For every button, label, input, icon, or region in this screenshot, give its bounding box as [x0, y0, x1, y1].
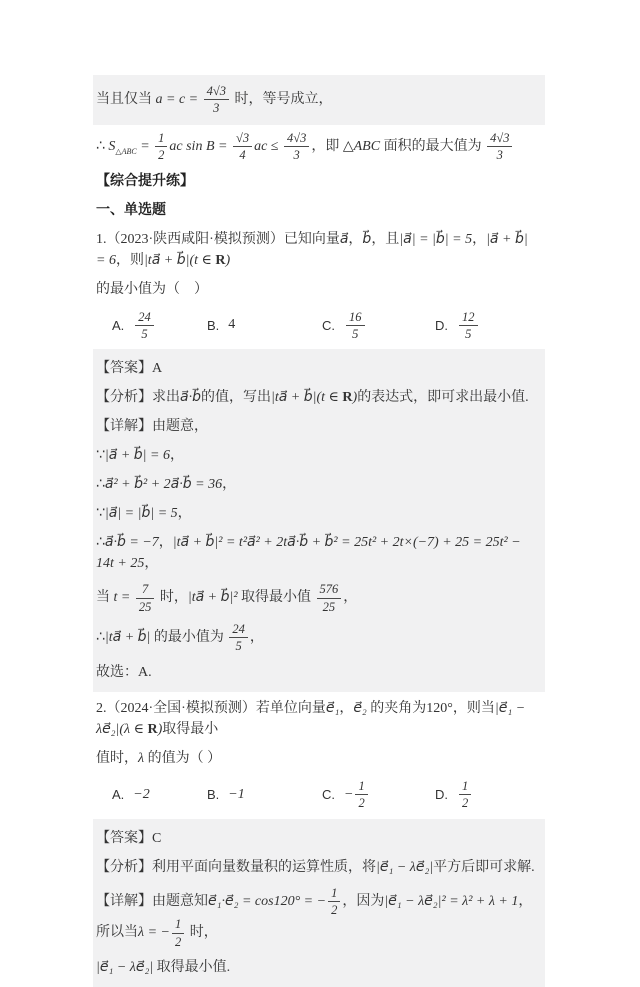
doc-line: ∴|ta⃗ + b⃗| 的最小值为 245，	[96, 618, 539, 658]
doc-line: 【分析】利用平面向量数量积的运算性质，将|e⃗₁ − λe⃗₂|平方后即可求解.	[96, 853, 539, 882]
math-run: −1	[228, 787, 244, 803]
doc-line: 【综合提升练】	[96, 167, 539, 196]
fraction: 12	[328, 886, 340, 906]
text-run: 1.（2023·陕西咸阳·模拟预测）已知向量	[96, 232, 340, 247]
fraction: 125	[459, 310, 478, 342]
math-run: ∵|a⃗| = |b⃗| = 5	[96, 506, 178, 521]
option-D: D.12	[435, 779, 539, 811]
text-run: 的值为（ ）	[144, 751, 221, 766]
math-run: ac sin B =	[169, 139, 231, 154]
math-run: a = c =	[156, 92, 202, 107]
fraction: 165	[346, 310, 365, 342]
math-run: e⃗₂	[353, 701, 366, 716]
text-run: 当	[96, 590, 114, 605]
text-run: 的表达式，即可求出最小值.	[357, 390, 529, 405]
fraction: 57625	[317, 582, 342, 614]
fraction-denominator: 2	[459, 795, 471, 810]
bold-math-run: R	[342, 390, 352, 405]
fraction-numerator: 24	[135, 310, 154, 326]
fraction-numerator: 24	[229, 622, 248, 638]
doc-line: ∴ S△ABC = 12ac sin B = √34ac ≤ 4√33，即 △A…	[96, 127, 539, 167]
fraction: 725	[136, 582, 155, 614]
math-run: ∴a⃗² + b⃗² + 2a⃗·b⃗ = 36	[96, 477, 222, 492]
option-label: B.	[207, 318, 219, 333]
doc-line: 当且仅当 a = c = 4√33 时，等号成立，	[96, 80, 539, 120]
fraction-numerator: 576	[317, 582, 342, 598]
math-run: =	[137, 139, 153, 154]
doc-line: 【答案】A	[96, 354, 539, 383]
math-run: △ABC	[343, 139, 380, 154]
math-run: |e⃗₁ − λe⃗₂|² = λ² + λ + 1	[384, 894, 518, 905]
fraction-numerator: 12	[459, 310, 478, 326]
fraction-denominator: 2	[355, 795, 367, 810]
doc-line: ∴a⃗² + b⃗² + 2a⃗·b⃗ = 36，	[96, 470, 539, 499]
text-run: 的最小值为	[150, 630, 227, 645]
option-label: A.	[112, 318, 124, 333]
text-run: ，	[144, 556, 158, 571]
text-run: ，	[178, 506, 192, 521]
fraction-denominator: 3	[487, 147, 512, 162]
heading-run: 一、单选题	[96, 203, 166, 218]
proof-conclusion-highlight: 当且仅当 a = c = 4√33 时，等号成立，	[93, 75, 545, 125]
text-run: 4	[228, 317, 235, 333]
options-row: A.245B.4C.165D.125	[96, 304, 539, 348]
text-run: 当且仅当	[96, 92, 156, 107]
option-label: C.	[322, 318, 335, 333]
fraction: 245	[135, 310, 154, 342]
question-2: 2.（2024·全国·模拟预测）若单位向量e⃗₁，e⃗₂ 的夹角为120°，则当…	[93, 692, 545, 819]
text-run: 【答案】C	[96, 831, 161, 846]
text-run: 取得最小值	[238, 590, 315, 605]
doc-line: ∵|a⃗ + b⃗| = 6，	[96, 441, 539, 470]
doc-line: 一、单选题	[96, 196, 539, 225]
option-A: A.−2	[112, 787, 207, 803]
option-label: B.	[207, 787, 219, 802]
text-run: ，	[170, 448, 184, 463]
text-run: 时，	[156, 590, 188, 605]
math-run: ∴ S	[96, 139, 115, 154]
doc-line: ∵|a⃗| = |b⃗| = 5，	[96, 499, 539, 528]
text-run: ，	[348, 232, 362, 247]
fraction-numerator: 4√3	[284, 131, 309, 147]
fraction-numerator: 7	[136, 582, 155, 598]
fraction-denominator: 4	[233, 147, 252, 162]
math-run: |ta⃗ + b⃗|²	[188, 590, 238, 605]
doc-line: 当 t = 725 时，|ta⃗ + b⃗|² 取得最小值 57625，	[96, 578, 539, 618]
option-B: B.−1	[207, 787, 322, 803]
fraction: 12	[355, 779, 367, 811]
math-run: a⃗·b⃗	[180, 390, 201, 405]
doc-line: 故选：A.	[96, 658, 539, 687]
math-run: |ta⃗ + b⃗|(t ∈	[271, 390, 342, 405]
math-run: ∴a⃗·b⃗ = −7	[96, 535, 159, 550]
doc-line: 2.（2024·全国·模拟预测）若单位向量e⃗₁，e⃗₂ 的夹角为120°，则当…	[96, 694, 539, 744]
option-label: D.	[435, 787, 448, 802]
text-run: 【分析】利用平面向量数量积的运算性质，将	[96, 860, 376, 875]
document-content: 当且仅当 a = c = 4√33 时，等号成立，∴ S△ABC = 12ac …	[93, 75, 545, 905]
doc-line: 的最小值为（ ）	[96, 275, 539, 304]
text-run: ，因为	[342, 894, 384, 905]
fraction: 12	[155, 131, 167, 163]
doc-line: 【分析】求出a⃗·b⃗的值，写出|ta⃗ + b⃗|(t ∈ R)的表达式，即可…	[96, 383, 539, 412]
math-run: e⃗₁·e⃗₂ = cos120° = −	[208, 894, 326, 905]
fraction-denominator: 25	[317, 599, 342, 614]
fraction-denominator: 5	[459, 326, 478, 341]
text-run: ，	[250, 630, 264, 645]
option-D: D.125	[435, 310, 539, 342]
text-run: 【详解】由题意知	[96, 894, 208, 905]
text-run: 【分析】求出	[96, 390, 180, 405]
fraction: 4√33	[487, 131, 512, 163]
math-run: ac ≤	[254, 139, 282, 154]
fraction-denominator: 25	[136, 599, 155, 614]
option-C: C.−12	[322, 779, 435, 811]
bold-math-run: R	[215, 253, 225, 268]
fraction-denominator: 3	[284, 147, 309, 162]
option-A: A.245	[112, 310, 207, 342]
text-run: ，且	[371, 232, 399, 247]
doc-line: 1.（2023·陕西咸阳·模拟预测）已知向量a⃗，b⃗，且|a⃗| = |b⃗|…	[96, 225, 539, 275]
answer-1: 【答案】A【分析】求出a⃗·b⃗的值，写出|ta⃗ + b⃗|(t ∈ R)的表…	[93, 349, 545, 692]
text-run: ，	[339, 701, 353, 716]
text-run: ，	[159, 535, 173, 550]
fraction-numerator: √3	[233, 131, 252, 147]
text-run: 的值，写出	[201, 390, 271, 405]
heading-run: 【综合提升练】	[96, 174, 194, 189]
text-run: 【详解】由题意，	[96, 419, 208, 434]
answer-2: 【答案】C【分析】利用平面向量数量积的运算性质，将|e⃗₁ − λe⃗₂|平方后…	[93, 819, 545, 906]
options-row: A.−2B.−1C.−12D.12	[96, 773, 539, 817]
doc-line: 【答案】C	[96, 824, 539, 853]
math-run: |e⃗₁ − λe⃗₂|	[376, 860, 433, 875]
math-run: )	[226, 253, 231, 268]
text-run: 值时，	[96, 751, 138, 766]
text-run: 面积的最大值为	[380, 139, 485, 154]
math-run: ∴|ta⃗ + b⃗|	[96, 630, 150, 645]
doc-line: 值时，λ 的值为（ ）	[96, 744, 539, 773]
math-run: −2	[133, 787, 149, 803]
fraction-denominator: 5	[135, 326, 154, 341]
math-run: t =	[114, 590, 134, 605]
fraction-numerator: 1	[155, 131, 167, 147]
fraction-denominator: 3	[204, 100, 229, 115]
math-run: ∵|a⃗ + b⃗| = 6	[96, 448, 170, 463]
math-run: |a⃗| = |b⃗| = 5	[399, 232, 472, 247]
fraction: √34	[233, 131, 252, 163]
text-run: ，	[472, 232, 486, 247]
text-run: ，则	[116, 253, 144, 268]
fraction: 4√33	[204, 84, 229, 116]
text-run: 时，等号成立，	[231, 92, 333, 107]
fraction-denominator: 5	[346, 326, 365, 341]
text-run: 的夹角为120°，则当	[367, 701, 495, 716]
bold-math-run: R	[147, 722, 157, 737]
doc-line: 【详解】由题意知e⃗₁·e⃗₂ = cos120° = −12，因为|e⃗₁ −…	[96, 882, 539, 906]
math-run: −	[344, 787, 353, 803]
text-run: 故选：A.	[96, 665, 152, 680]
fraction-numerator: 1	[355, 779, 367, 795]
fraction-numerator: 4√3	[487, 131, 512, 147]
math-run: e⃗₁	[326, 701, 339, 716]
text-run: ，即	[311, 139, 343, 154]
text-run: ，	[343, 590, 357, 605]
fraction-numerator: 1	[328, 886, 340, 902]
section-and-question-1: ∴ S△ABC = 12ac sin B = √34ac ≤ 4√33，即 △A…	[93, 125, 545, 350]
option-label: A.	[112, 787, 124, 802]
text-run: 的最小值为（ ）	[96, 282, 208, 297]
fraction: 4√33	[284, 131, 309, 163]
fraction: 245	[229, 622, 248, 654]
fraction-numerator: 1	[459, 779, 471, 795]
text-run: ，	[222, 477, 236, 492]
fraction: 12	[459, 779, 471, 811]
text-run: 取得最小	[162, 722, 218, 737]
math-run: |ta⃗ + b⃗|(t ∈	[144, 253, 215, 268]
fraction-denominator: 2	[155, 147, 167, 162]
doc-line: 【详解】由题意，	[96, 412, 539, 441]
option-label: D.	[435, 318, 448, 333]
option-C: C.165	[322, 310, 435, 342]
math-run: b⃗	[362, 232, 371, 247]
text-run: 【答案】A	[96, 361, 162, 376]
subscript: △ABC	[115, 147, 136, 156]
text-run: 2.（2024·全国·模拟预测）若单位向量	[96, 701, 326, 716]
option-label: C.	[322, 787, 335, 802]
fraction-denominator: 5	[229, 638, 248, 653]
text-run: 平方后即可求解.	[433, 860, 535, 875]
fraction-numerator: 16	[346, 310, 365, 326]
doc-line: ∴a⃗·b⃗ = −7，|ta⃗ + b⃗|² = t²a⃗² + 2ta⃗·b…	[96, 528, 539, 578]
option-B: B.4	[207, 317, 322, 333]
fraction-numerator: 4√3	[204, 84, 229, 100]
